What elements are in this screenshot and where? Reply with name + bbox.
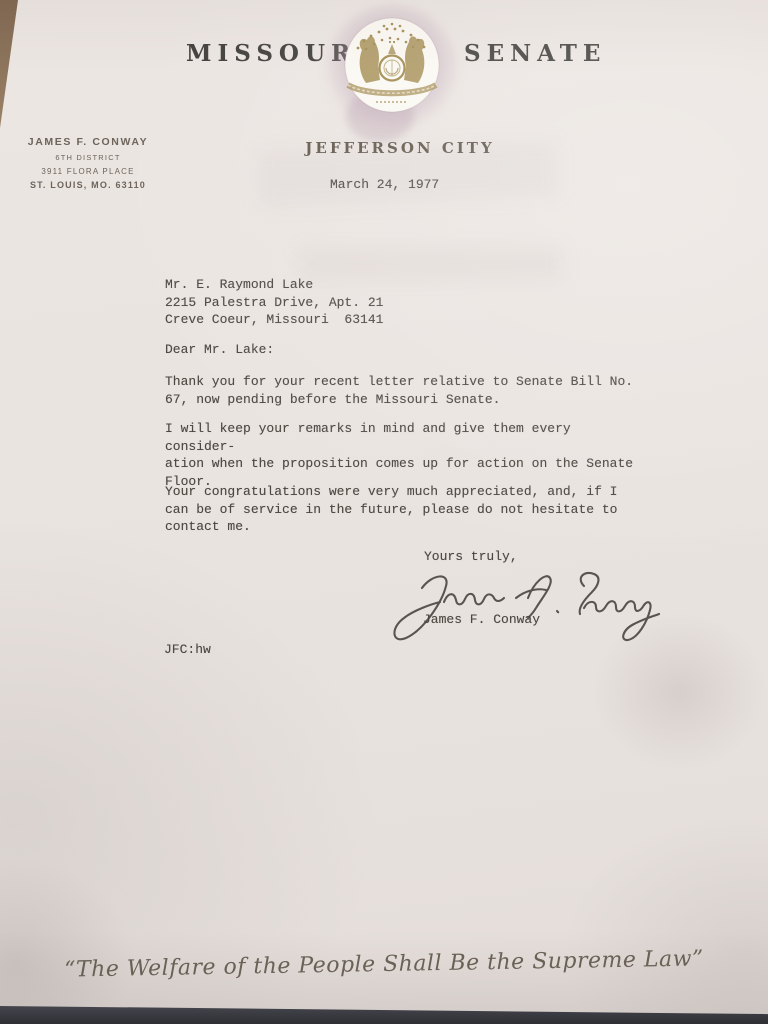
closing-line: Yours truly, [424,548,518,566]
desk-surface-corner [0,0,18,128]
body-paragraph-3: Your congratulations were very much appr… [165,483,645,536]
desk-surface-bottom [0,1002,768,1024]
masthead-senate: SENATE [464,40,606,67]
reference-initials: JFC:hw [164,641,211,659]
body-paragraph-2: I will keep your remarks in mind and giv… [165,420,645,490]
missouri-state-seal-icon [300,0,484,158]
body-paragraph-1: Thank you for your recent letter relativ… [165,373,645,408]
office-line: JEFFERSON CITY [0,139,768,157]
handwritten-signature [388,564,664,648]
salutation: Dear Mr. Lake: [165,341,274,359]
footer-motto: “The Welfare of the People Shall Be the … [0,945,768,983]
date-line: March 24, 1977 [330,176,439,194]
signature-typed-name: James F. Conway [423,611,540,629]
recipient-address-block: Mr. E. Raymond Lake 2215 Palestra Drive,… [165,276,383,329]
letter-photo: MISSOURI SENATE [0,0,768,1024]
sender-city: ST. LOUIS, MO. 63110 [14,180,162,190]
sender-street: 3911 FLORA PLACE [14,167,162,176]
